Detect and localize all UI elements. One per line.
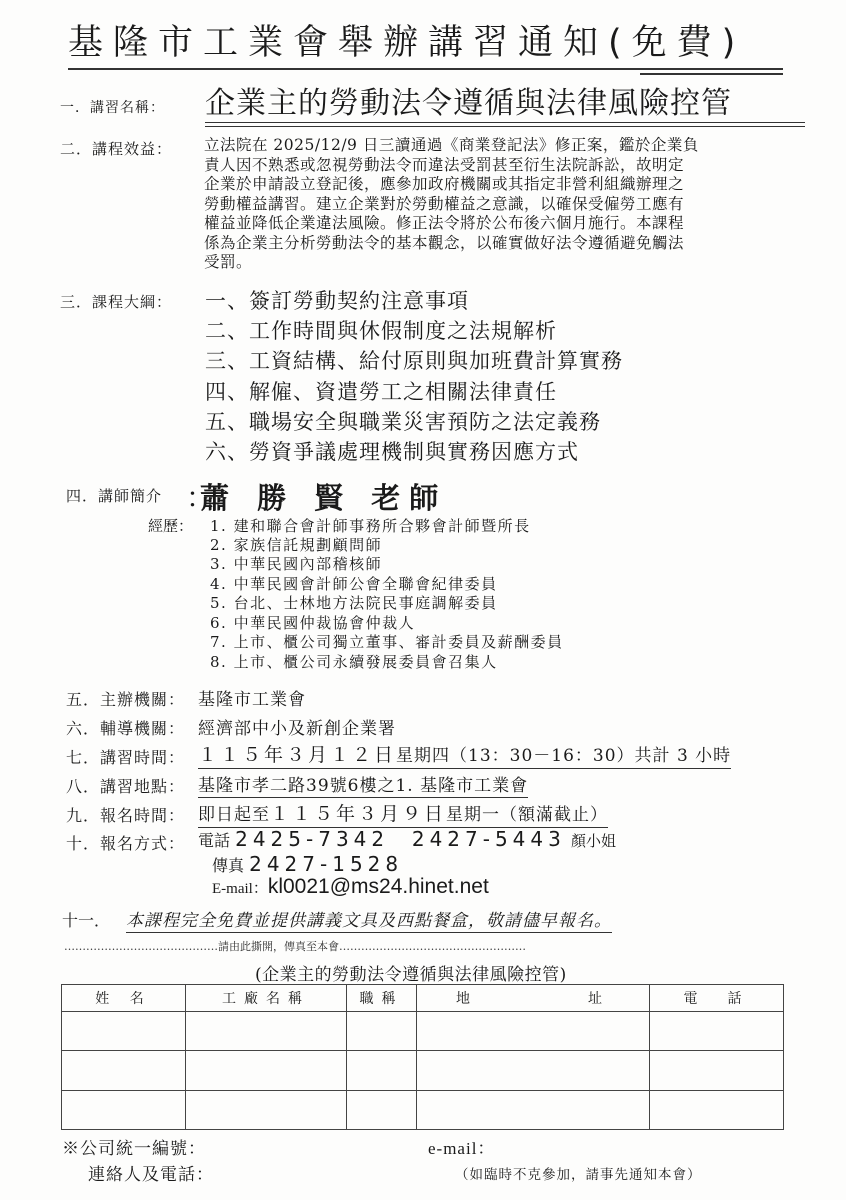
tax-id-label: ※公司統一編號：	[62, 1134, 206, 1159]
outline-item: 三、工資結構、給付原則與加班費計算實務	[205, 345, 623, 375]
title-main: 基隆市工業會舉辦講習通知	[68, 23, 608, 63]
course-name-underline	[205, 122, 805, 123]
experience-item: 1. 建和聯合會計師事務所合夥會計師暨所長	[210, 515, 531, 536]
organizer-label: 五．主辦機關：	[66, 687, 185, 710]
registration-method-label: 十．報名方式：	[66, 831, 185, 854]
benefit-label: 二．講程效益：	[60, 138, 172, 159]
outline-item: 五、職場安全與職業災害預防之法定義務	[205, 406, 601, 436]
benefit-text: 立法院在 2025/12/9 日三讀通過《商業登記法》修正案，鑑於企業負 責人因…	[204, 136, 804, 273]
instructor-label: 四．講師簡介	[66, 485, 162, 506]
experience-item: 3. 中華民國內部稽核師	[210, 553, 382, 574]
cell-title[interactable]	[347, 1090, 417, 1129]
benefit-line: 企業於申請設立登記後，應參加政府機關或其指定非營利組織辦理之	[204, 175, 804, 195]
tear-line: ……………………………………請由此撕開，傳真至本會…………………………………………	[64, 938, 754, 954]
page-title: 基隆市工業會舉辦講習通知(免費)	[68, 20, 745, 66]
fax-number[interactable]: 2427-1528	[249, 852, 403, 876]
advisor-label: 六．輔導機關：	[66, 716, 185, 739]
outline-item: 二、工作時間與休假制度之法規解析	[205, 315, 557, 345]
time-date: １１５年３月１２日	[198, 744, 396, 766]
contact-label: 連絡人及電話：	[88, 1160, 214, 1185]
col-title: 職稱	[347, 985, 417, 1012]
experience-label: 經歷：	[148, 515, 193, 536]
phone-line: 電話 2425-7342 2427-5443 顏小姐	[198, 827, 616, 851]
cell-factory[interactable]	[186, 1090, 347, 1129]
location-value: 基隆市孝二路39號6樓之1. 基隆市工業會	[198, 771, 528, 798]
cell-phone[interactable]	[650, 1012, 784, 1051]
email-line: E-mail：kl0021@ms24.hinet.net	[212, 875, 489, 899]
col-phone: 電 話	[650, 985, 784, 1012]
phone-numbers[interactable]: 2425-7342 2427-5443	[235, 827, 566, 851]
outline-item: 四、解僱、資遣勞工之相關法律責任	[205, 376, 557, 406]
cell-address[interactable]	[417, 1090, 650, 1129]
cell-factory[interactable]	[186, 1012, 347, 1051]
benefit-line: 勞動權益講習。建立企業對於勞動權益之意識，以確保受僱勞工應有	[204, 195, 804, 215]
table-row	[62, 1051, 784, 1090]
table-row	[62, 1090, 784, 1129]
cell-name[interactable]	[62, 1012, 186, 1051]
experience-item: 8. 上市、櫃公司永續發展委員會召集人	[210, 651, 498, 672]
cell-address[interactable]	[417, 1051, 650, 1090]
cell-title[interactable]	[347, 1051, 417, 1090]
table-row	[62, 1012, 784, 1051]
cell-name[interactable]	[62, 1090, 186, 1129]
phone-label: 電話	[198, 831, 230, 850]
contact-person: 顏小姐	[571, 832, 616, 850]
free-note: 本課程完全免費並提供講義文具及西點餐盒，敬請儘早報名。	[126, 906, 612, 933]
outline-item: 一、簽訂勞動契約注意事項	[205, 285, 469, 315]
time-label: 七．講習時間：	[66, 745, 185, 768]
experience-item: 2. 家族信託規劃顧問師	[210, 534, 382, 555]
benefit-line: 係為企業主分析勞動法令的基本觀念，以確實做好法令遵循避免觸法	[204, 234, 804, 254]
experience-item: 7. 上市、櫃公司獨立董事、審計委員及薪酬委員	[210, 631, 564, 652]
time-value: １１５年３月１２日星期四（13：30－16：30）共計 3 小時	[198, 740, 731, 769]
col-factory: 工廠名稱	[186, 985, 347, 1012]
benefit-line: 權益並降低企業違法風險。修正法令將於公布後六個月施行。本課程	[204, 214, 804, 234]
cell-factory[interactable]	[186, 1051, 347, 1090]
col-address: 地 址	[417, 985, 650, 1012]
note-label: 十一．	[62, 908, 110, 931]
table-header-row: 姓 名 工廠名稱 職稱 地 址 電 話	[62, 985, 784, 1012]
cell-phone[interactable]	[650, 1051, 784, 1090]
experience-item: 4. 中華民國會計師公會全聯會紀律委員	[210, 573, 498, 594]
reg-time-rest: 星期一（額滿截止）	[446, 805, 608, 825]
registration-time-label: 九．報名時間：	[66, 803, 185, 826]
registration-table: 姓 名 工廠名稱 職稱 地 址 電 話	[61, 984, 784, 1130]
email-label: E-mail：	[212, 881, 268, 897]
benefit-line: 立法院在 2025/12/9 日三讀通過《商業登記法》修正案，鑑於企業負	[204, 136, 804, 156]
fax-label: 傳真	[212, 856, 244, 875]
course-name-underline-2	[205, 126, 805, 127]
course-name: 企業主的勞動法令遵循與法律風險控管	[205, 84, 732, 124]
experience-item: 5. 台北、士林地方法院民事庭調解委員	[210, 592, 498, 613]
reg-time-pre: 即日起至	[198, 805, 270, 825]
organizer-value: 基隆市工業會	[198, 685, 306, 710]
title-underline-suffix	[640, 73, 783, 75]
benefit-line: 責人因不熟悉或忽視勞動法令而違法受罰甚至衍生法院訴訟，故明定	[204, 156, 804, 176]
benefit-line: 受罰。	[204, 253, 804, 273]
time-rest: 星期四（13：30－16：30）共計 3 小時	[396, 746, 731, 766]
outline-item: 六、勞資爭議處理機制與實務因應方式	[205, 436, 579, 466]
reg-time-date: １１５年３月９日	[270, 803, 446, 825]
cell-name[interactable]	[62, 1051, 186, 1090]
cell-title[interactable]	[347, 1012, 417, 1051]
cell-phone[interactable]	[650, 1090, 784, 1129]
advisor-value: 經濟部中小及新創企業署	[198, 714, 396, 739]
instructor-name: 蕭 勝 賢 老師	[200, 476, 447, 517]
form-title: (企業主的勞動法令遵循與法律風險控管)	[255, 960, 567, 985]
registration-time-value: 即日起至１１５年３月９日星期一（額滿截止）	[198, 799, 608, 828]
cell-address[interactable]	[417, 1012, 650, 1051]
absence-note: （如臨時不克參加，請事先通知本會）	[455, 1163, 702, 1183]
form-email-label: e-mail：	[428, 1134, 495, 1159]
col-name: 姓 名	[62, 985, 186, 1012]
experience-item: 6. 中華民國仲裁協會仲裁人	[210, 612, 415, 633]
location-label: 八．講習地點：	[66, 774, 185, 797]
fax-line: 傳真 2427-1528	[212, 852, 403, 876]
email-link[interactable]: kl0021@ms24.hinet.net	[268, 875, 489, 898]
course-name-label: 一．講習名稱：	[60, 97, 165, 117]
outline-label: 三．課程大綱：	[60, 291, 172, 312]
title-suffix: (免費)	[608, 23, 745, 63]
title-underline	[68, 68, 783, 70]
